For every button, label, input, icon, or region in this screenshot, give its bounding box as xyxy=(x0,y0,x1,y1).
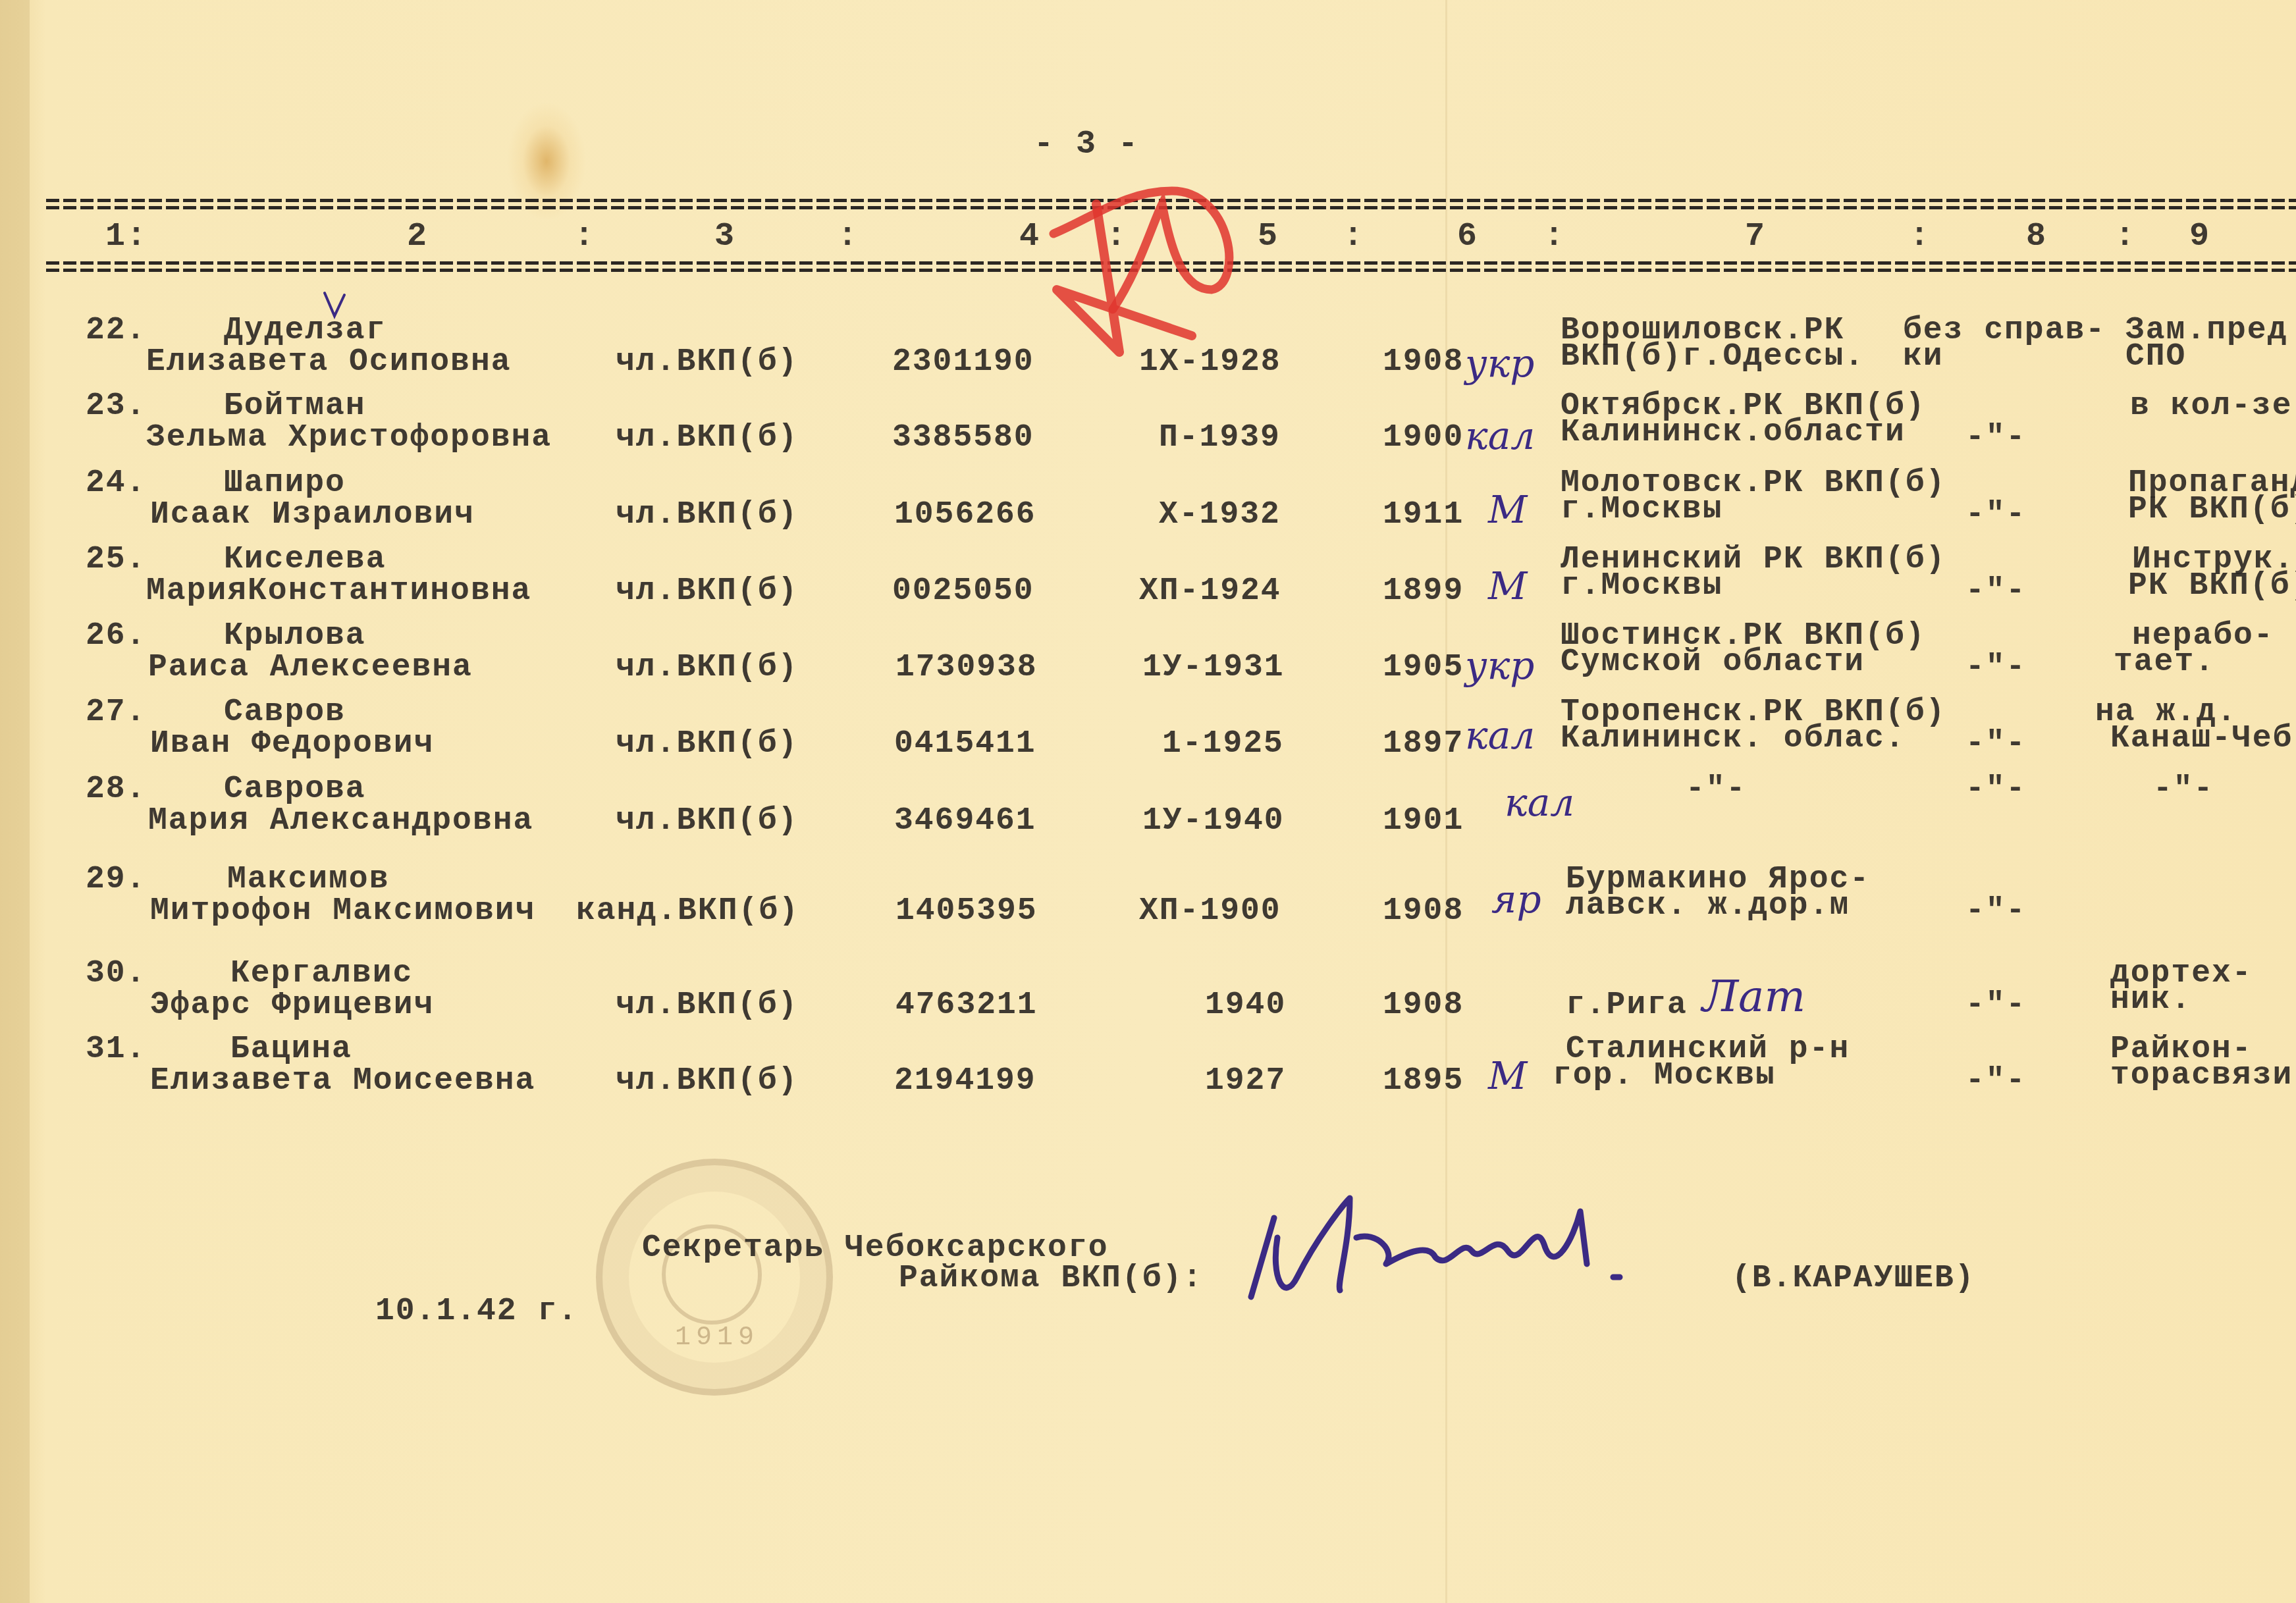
party-status: чл.ВКП(б) xyxy=(616,728,798,760)
row-number: 28. xyxy=(86,774,146,805)
party-status: чл.ВКП(б) xyxy=(616,346,798,378)
col8-ditto: -"- xyxy=(1965,499,2026,531)
origin-line-2: г.Рига xyxy=(1566,989,1688,1021)
col-header-2: 2 xyxy=(407,221,428,253)
party-status: чл.ВКП(б) xyxy=(616,805,798,837)
surname: Шапиро xyxy=(224,467,346,499)
given-name: МарияКонстантиновна xyxy=(146,575,531,607)
given-name: Митрофон Максимович xyxy=(150,895,535,927)
handwritten-note: М xyxy=(1488,487,1527,532)
row-number: 31. xyxy=(86,1034,146,1065)
col9-line-1: в кол-зе xyxy=(2130,390,2292,422)
member-since: 1-1925 xyxy=(1162,728,1284,760)
birth-year: 1908 xyxy=(1383,895,1464,927)
col9-line-2: РК ВКП(б) xyxy=(2128,570,2296,602)
origin-line-2: Калининск.области xyxy=(1561,417,1906,448)
origin-line-2: г.Москвы xyxy=(1561,570,1722,602)
card-number: 3385580 xyxy=(892,422,1034,454)
member-since: Х-1932 xyxy=(1159,499,1281,531)
given-name: Зельма Христофоровна xyxy=(146,422,552,454)
col9-ditto: -"- xyxy=(2153,774,2214,805)
handwritten-note: кал xyxy=(1465,413,1535,458)
surname: Саврова xyxy=(224,774,366,805)
col8-ditto: -"- xyxy=(1965,774,2026,805)
col-sep: : xyxy=(1544,221,1565,253)
col8-ditto: -"- xyxy=(1965,989,2026,1021)
member-since: 1940 xyxy=(1205,989,1286,1021)
seal-text: 1919 xyxy=(675,1323,759,1353)
row-number: 25. xyxy=(86,544,146,575)
handwritten-note: М xyxy=(1488,564,1527,608)
origin-line-2: Калининск. облас. xyxy=(1561,723,1906,754)
birth-year: 1905 xyxy=(1383,652,1464,683)
paper-edge xyxy=(0,0,30,1603)
row-number: 23. xyxy=(86,390,146,422)
col8-ditto: -"- xyxy=(1965,422,2026,454)
origin-line-2: г.Москвы xyxy=(1561,494,1722,525)
col9-line-2: ник. xyxy=(2110,984,2191,1016)
col-sep: : xyxy=(1343,221,1364,253)
member-since: 1927 xyxy=(1205,1065,1286,1097)
birth-year: 1897 xyxy=(1383,728,1464,760)
given-name: Исаак Израилович xyxy=(150,499,475,531)
col9-line-2: тает. xyxy=(2114,646,2215,678)
handwritten-note: кал xyxy=(1505,780,1574,825)
row-number: 27. xyxy=(86,696,146,728)
col9-line-2: Канаш-Чеб. xyxy=(2110,723,2296,754)
birth-year: 1911 xyxy=(1383,499,1464,531)
secretary-title-line-2: Райкома ВКП(б): xyxy=(899,1263,1203,1294)
origin-line-2: гор. Москвы xyxy=(1553,1060,1776,1091)
surname: Бацина xyxy=(230,1034,352,1065)
surname: Максимов xyxy=(227,864,389,895)
origin-line-2: лавск. ж.дор.м xyxy=(1566,890,1850,922)
given-name: Раиса Алексеевна xyxy=(148,652,473,683)
col-header-3: 3 xyxy=(714,221,735,253)
origin-line-2: Сумской области xyxy=(1561,646,1865,678)
party-status: чл.ВКП(б) xyxy=(616,1065,798,1097)
row-number: 26. xyxy=(86,620,146,652)
origin-line-2: ВКП(б)г.Одессы. xyxy=(1561,341,1865,373)
surname: Киселева xyxy=(224,544,386,575)
given-name: Иван Федорович xyxy=(150,728,434,760)
birth-year: 1901 xyxy=(1383,805,1464,837)
party-status: чл.ВКП(б) xyxy=(616,575,798,607)
card-number: 4763211 xyxy=(895,989,1038,1021)
red-pencil-number-mark xyxy=(1040,178,1238,362)
document-date: 10.1.42 г. xyxy=(375,1296,578,1327)
row-number: 29. xyxy=(86,864,146,895)
handwritten-note: укр xyxy=(1465,341,1534,386)
surname: Кергалвис xyxy=(230,958,413,989)
given-name: Мария Александровна xyxy=(148,805,533,837)
card-number: 1405395 xyxy=(895,895,1038,927)
col-sep: : xyxy=(2115,221,2136,253)
card-number: 1056266 xyxy=(894,499,1036,531)
col-header-8: 8 xyxy=(2026,221,2047,253)
col-header-1: 1: xyxy=(105,221,147,253)
col-header-7: 7 xyxy=(1745,221,1766,253)
member-since: 1У-1931 xyxy=(1142,652,1285,683)
card-number: 2301190 xyxy=(892,346,1034,378)
member-since: П-1939 xyxy=(1159,422,1281,454)
signer-name: (В.КАРАУШЕВ) xyxy=(1732,1263,1975,1294)
col8-ditto: -"- xyxy=(1965,575,2026,607)
surname: Дуделзаг xyxy=(224,315,386,346)
given-name: Елизавета Моисеевна xyxy=(150,1065,535,1097)
col8-ditto: -"- xyxy=(1965,728,2026,760)
given-name: Елизавета Осиповна xyxy=(146,346,511,378)
card-number: 1730938 xyxy=(895,652,1038,683)
col-header-6: 6 xyxy=(1457,221,1478,253)
paper-fold xyxy=(1445,0,1447,1603)
handwritten-note: Лат xyxy=(1702,971,1805,1022)
col-sep: : xyxy=(838,221,859,253)
handwritten-signature xyxy=(1244,1178,1692,1310)
birth-year: 1900 xyxy=(1383,422,1464,454)
card-number: 0415411 xyxy=(894,728,1036,760)
card-number: 0025050 xyxy=(892,575,1034,607)
surname: Бойтман xyxy=(224,390,366,422)
col9-line-2: СПО xyxy=(2125,341,2186,373)
col-header-9: 9 xyxy=(2189,221,2210,253)
member-since: ХП-1900 xyxy=(1139,895,1281,927)
party-status: чл.ВКП(б) xyxy=(616,989,798,1021)
row-number: 24. xyxy=(86,467,146,499)
surname: Савров xyxy=(224,696,346,728)
party-status: канд.ВКП(б) xyxy=(576,895,799,927)
document-page: - 3 - 1: 2 : 3 : 4 : 5 : 6 : 7 : 8 : 9 2… xyxy=(0,0,2296,1603)
member-since: 1У-1940 xyxy=(1142,805,1285,837)
page-number: - 3 - xyxy=(1034,128,1139,161)
secretary-title-line-1: Секретарь Чебоксарского xyxy=(642,1232,1109,1264)
row-number: 30. xyxy=(86,958,146,989)
origin-ditto: -"- xyxy=(1686,774,1746,805)
col8-line-2: ки xyxy=(1903,341,1944,373)
handwritten-note: укр xyxy=(1465,643,1534,688)
given-name: Эфарс Фрицевич xyxy=(150,989,434,1021)
handwritten-note: яр xyxy=(1491,877,1541,922)
birth-year: 1908 xyxy=(1383,989,1464,1021)
col9-line-2: торасвязи xyxy=(2110,1060,2293,1091)
row-number: 22. xyxy=(86,315,146,346)
birth-year: 1895 xyxy=(1383,1065,1464,1097)
col-header-4: 4 xyxy=(1019,221,1040,253)
col9-line-2: РК ВКП(б) xyxy=(2128,494,2296,525)
party-status: чл.ВКП(б) xyxy=(616,422,798,454)
col-header-5: 5 xyxy=(1258,221,1279,253)
member-since: ХП-1924 xyxy=(1139,575,1281,607)
birth-year: 1908 xyxy=(1383,346,1464,378)
party-status: чл.ВКП(б) xyxy=(616,652,798,683)
col8-ditto: -"- xyxy=(1965,652,2026,683)
card-number: 3469461 xyxy=(894,805,1036,837)
round-seal-stamp: 1919 xyxy=(596,1159,833,1396)
member-since: 1Х-1928 xyxy=(1139,346,1281,378)
party-status: чл.ВКП(б) xyxy=(616,499,798,531)
col-sep: : xyxy=(574,221,595,253)
birth-year: 1899 xyxy=(1383,575,1464,607)
col8-ditto: -"- xyxy=(1965,895,2026,927)
card-number: 2194199 xyxy=(894,1065,1036,1097)
surname: Крылова xyxy=(224,620,366,652)
handwritten-note: М xyxy=(1488,1053,1527,1098)
col8-ditto: -"- xyxy=(1965,1065,2026,1097)
col-sep: : xyxy=(1909,221,1931,253)
handwritten-note: кал xyxy=(1465,713,1535,758)
